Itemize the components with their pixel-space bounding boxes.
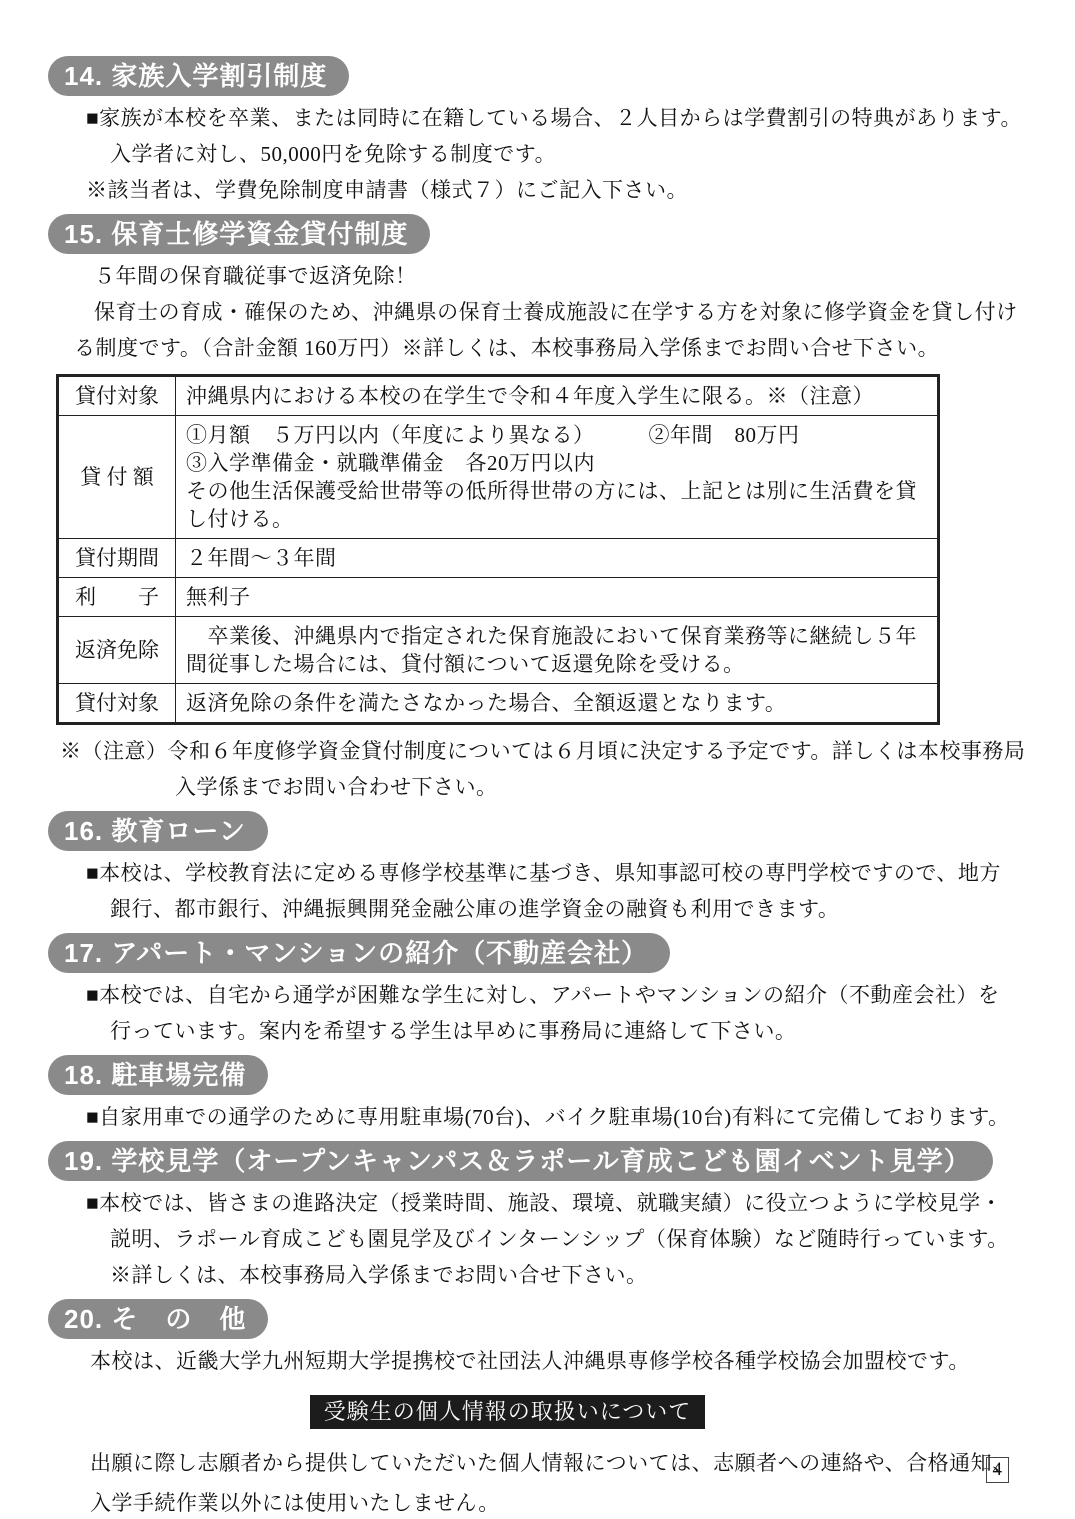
section-body-16: ■本校は、学校教育法に定める専修学校基準に基づき、県知事認可校の専門学校ですので… <box>48 855 1027 927</box>
body-line: 本校は、近畿大学九州短期大学提携校で社団法人沖縄県専修学校各種学校協会加盟校です… <box>90 1343 1027 1379</box>
section-childcare-loan: 15. 保育士修学資金貸付制度 ５年間の保育職従事で返済免除！ 保育士の育成・確… <box>48 214 1027 805</box>
section-body-20: 本校は、近畿大学九州短期大学提携校で社団法人沖縄県専修学校各種学校協会加盟校です… <box>48 1343 1027 1379</box>
body-line: ■本校では、皆さまの進路決定（授業時間、施設、環境、就職実績）に役立つように学校… <box>86 1185 1027 1221</box>
body-line: 保育士の育成・確保のため、沖縄県の保育士養成施設に在学する方を対象に修学資金を貸… <box>94 294 1027 330</box>
table-row: 貸付期間 ２年間～３年間 <box>58 539 939 578</box>
row-label: 利 子 <box>58 578 176 617</box>
row-content: ２年間～３年間 <box>176 539 939 578</box>
row-content: 返済免除の条件を満たさなかった場合、全額返還となります。 <box>176 684 939 724</box>
body-line: ※該当者は、学費免除制度申請書（様式７）にご記入下さい。 <box>86 172 1027 208</box>
table-row: 貸付対象 沖縄県内における本校の在学生で令和４年度入学生に限る。※（注意） <box>58 376 939 416</box>
section-heading-14: 14. 家族入学割引制度 <box>48 56 349 96</box>
section-heading-19: 19. 学校見学（オープンキャンパス＆ラポール育成こども園イベント見学） <box>48 1141 993 1181</box>
section-education-loan: 16. 教育ローン ■本校は、学校教育法に定める専修学校基準に基づき、県知事認可… <box>48 811 1027 927</box>
privacy-body: 出願に際し志願者から提供していただいた個人情報については、志願者への連絡や、合格… <box>48 1443 1027 1519</box>
row-label: 返済免除 <box>58 617 176 684</box>
footer-line: 入学手続作業以外には使用いたしません。 <box>90 1483 1027 1519</box>
table-row: 貸付対象 返済免除の条件を満たさなかった場合、全額返還となります。 <box>58 684 939 724</box>
body-line: 説明、ラポール育成こども園見学及びインターンシップ（保育体験）など随時行っていま… <box>110 1221 1027 1257</box>
body-line: 入学者に対し、50,000円を免除する制度です。 <box>110 136 1027 172</box>
document-page: 14. 家族入学割引制度 ■家族が本校を卒業、または同時に在籍している場合、２人… <box>0 0 1075 1519</box>
privacy-title: 受験生の個人情報の取扱いについて <box>310 1395 706 1429</box>
row-content: 卒業後、沖縄県内で指定された保育施設において保育業務等に継続し５年間従事した場合… <box>176 617 939 684</box>
body-line: ■家族が本校を卒業、または同時に在籍している場合、２人目からは学費割引の特典があ… <box>86 100 1027 136</box>
body-line: ５年間の保育職従事で返済免除！ <box>94 258 1027 294</box>
page-number: 4 <box>986 1457 1010 1483</box>
section-body-18: ■自家用車での通学のために専用駐車場(70台)、バイク駐車場(10台)有料にて完… <box>48 1099 1027 1135</box>
body-line: ■本校は、学校教育法に定める専修学校基準に基づき、県知事認可校の専門学校ですので… <box>86 855 1027 891</box>
privacy-title-wrap: 受験生の個人情報の取扱いについて <box>48 1395 967 1429</box>
section-apartment-referral: 17. アパート・マンションの紹介（不動産会社） ■本校では、自宅から通学が困難… <box>48 933 1027 1049</box>
table-row: 返済免除 卒業後、沖縄県内で指定された保育施設において保育業務等に継続し５年間従… <box>58 617 939 684</box>
note-line: 入学係までお問い合わせ下さい。 <box>175 769 1027 805</box>
row-label: 貸付期間 <box>58 539 176 578</box>
section-body-15: ５年間の保育職従事で返済免除！ 保育士の育成・確保のため、沖縄県の保育士養成施設… <box>48 258 1027 366</box>
body-line: 銀行、都市銀行、沖縄振興開発金融公庫の進学資金の融資も利用できます。 <box>110 891 1027 927</box>
table-row: 貸 付 額 ①月額 ５万円以内（年度により異なる） ②年間 80万円 ③入学準備… <box>58 416 939 539</box>
section-family-discount: 14. 家族入学割引制度 ■家族が本校を卒業、または同時に在籍している場合、２人… <box>48 56 1027 208</box>
body-line: ■本校では、自宅から通学が困難な学生に対し、アパートやマンションの紹介（不動産会… <box>86 977 1027 1013</box>
row-label: 貸付対象 <box>58 684 176 724</box>
loan-conditions-table: 貸付対象 沖縄県内における本校の在学生で令和４年度入学生に限る。※（注意） 貸 … <box>56 374 940 725</box>
body-line: る制度です。（合計金額 160万円）※詳しくは、本校事務局入学係までお問い合せ下… <box>74 330 1027 366</box>
section-parking: 18. 駐車場完備 ■自家用車での通学のために専用駐車場(70台)、バイク駐車場… <box>48 1055 1027 1135</box>
section-body-17: ■本校では、自宅から通学が困難な学生に対し、アパートやマンションの紹介（不動産会… <box>48 977 1027 1049</box>
section-body-14: ■家族が本校を卒業、または同時に在籍している場合、２人目からは学費割引の特典があ… <box>48 100 1027 208</box>
row-content: 無利子 <box>176 578 939 617</box>
note-line: ※（注意）令和６年度修学資金貸付制度については６月頃に決定する予定です。詳しくは… <box>60 733 1027 769</box>
body-line: ※詳しくは、本校事務局入学係までお問い合せ下さい。 <box>110 1257 1027 1293</box>
section-heading-16: 16. 教育ローン <box>48 811 268 851</box>
section-school-tour: 19. 学校見学（オープンキャンパス＆ラポール育成こども園イベント見学） ■本校… <box>48 1141 1027 1293</box>
row-label: 貸 付 額 <box>58 416 176 539</box>
section-heading-18: 18. 駐車場完備 <box>48 1055 268 1095</box>
section-heading-17: 17. アパート・マンションの紹介（不動産会社） <box>48 933 670 973</box>
section-other: 20. そ の 他 本校は、近畿大学九州短期大学提携校で社団法人沖縄県専修学校各… <box>48 1299 1027 1379</box>
section-heading-15: 15. 保育士修学資金貸付制度 <box>48 214 430 254</box>
table-row: 利 子 無利子 <box>58 578 939 617</box>
row-content: ①月額 ５万円以内（年度により異なる） ②年間 80万円 ③入学準備金・就職準備… <box>176 416 939 539</box>
section-body-19: ■本校では、皆さまの進路決定（授業時間、施設、環境、就職実績）に役立つように学校… <box>48 1185 1027 1293</box>
row-label: 貸付対象 <box>58 376 176 416</box>
section-heading-20: 20. そ の 他 <box>48 1299 268 1339</box>
body-line: ■自家用車での通学のために専用駐車場(70台)、バイク駐車場(10台)有料にて完… <box>86 1099 1027 1135</box>
footer-line: 出願に際し志願者から提供していただいた個人情報については、志願者への連絡や、合格… <box>90 1443 1027 1483</box>
body-line: 行っています。案内を希望する学生は早めに事務局に連絡して下さい。 <box>110 1013 1027 1049</box>
table-note: ※（注意）令和６年度修学資金貸付制度については６月頃に決定する予定です。詳しくは… <box>48 733 1027 805</box>
row-content: 沖縄県内における本校の在学生で令和４年度入学生に限る。※（注意） <box>176 376 939 416</box>
